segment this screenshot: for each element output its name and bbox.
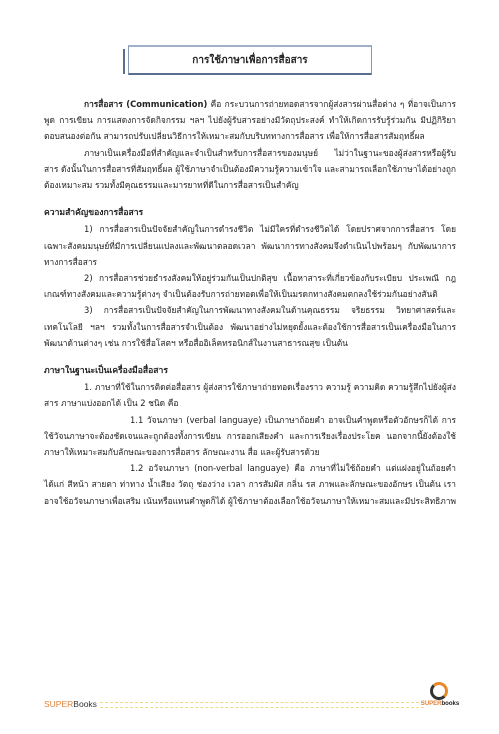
language-item-1: 1. ภาษาที่ใช้ในการติดต่อสื่อสาร ผู้ส่งสา… [44,379,456,411]
footer-dashed-rule [100,702,424,708]
page-title: การใช้ภาษาเพื่อการสื่อสาร [128,45,372,75]
importance-item-3: 3) การสื่อสารเป็นปัจจัยสำคัญในการพัฒนาทา… [44,302,456,351]
intro-term: การสื่อสาร (Communication) [84,99,207,109]
title-accent-bar [123,49,125,74]
footer-brand-super: SUPER [44,699,73,709]
importance-item-2: 2) การสื่อสารช่วยธำรงสังคมให้อยู่ร่วมกัน… [44,270,456,302]
section-heading-language-tool: ภาษาในฐานะเป็นเครื่องมือสื่อสาร [44,363,456,379]
language-subitem-verbal: 1.1 วัจนภาษา (verbal languaye) เป็นภาษาถ… [44,412,456,461]
superbooks-logo: SUPERbooks [418,682,462,710]
title-box: การใช้ภาษาเพื่อการสื่อสาร [123,45,373,77]
page-footer: SUPERBooks [44,697,424,711]
language-subitem-nonverbal: 1.2 อวัจนภาษา (non-verbal languaye) คือ … [44,460,456,509]
document-page: การใช้ภาษาเพื่อการสื่อสาร การสื่อสาร (Co… [0,0,499,734]
intro-paragraph-2: ภาษาเป็นเครื่องมือที่สำคัญและจำเป็นสำหรั… [44,145,456,194]
footer-brand-books: Books [73,699,97,709]
section-heading-importance: ความสำคัญของการสื่อสาร [44,205,456,221]
logo-text: SUPERbooks [418,701,462,707]
logo-swirl-icon [430,682,448,700]
document-body: การสื่อสาร (Communication) คือ กระบวนการ… [44,96,456,509]
intro-paragraph: การสื่อสาร (Communication) คือ กระบวนการ… [44,96,456,145]
importance-item-1: 1) การสื่อสารเป็นปัจจัยสำคัญในการดำรงชีว… [44,221,456,270]
